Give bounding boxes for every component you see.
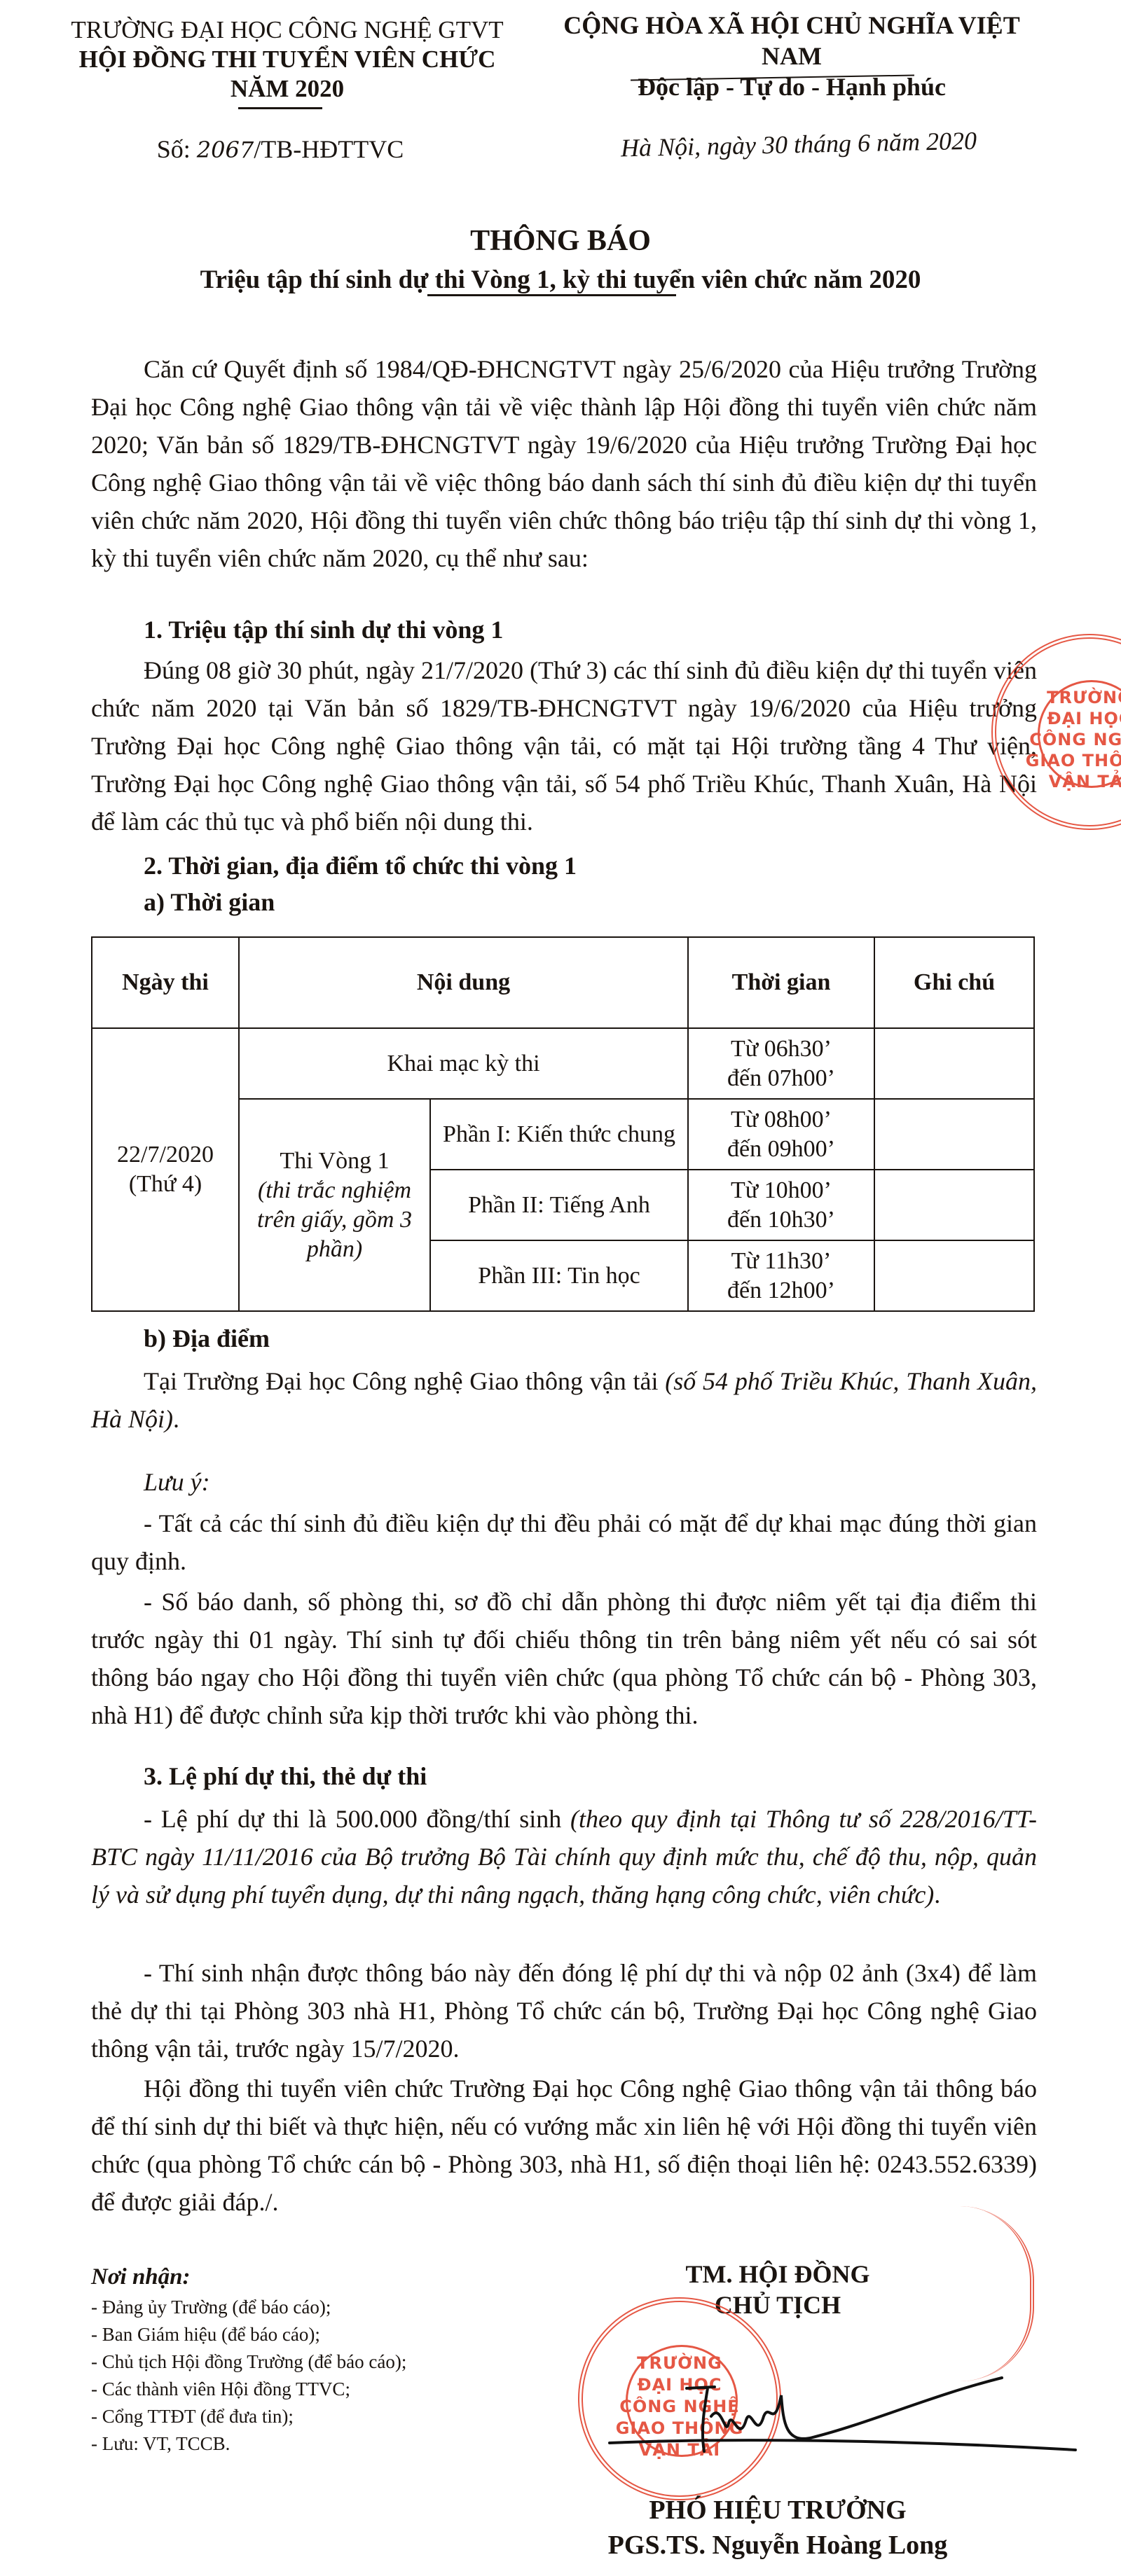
signer-position: PHÓ HIỆU TRƯỞNG — [582, 2495, 974, 2526]
opening-time: Từ 06h30’ đến 07h00’ — [688, 1028, 874, 1099]
issuer-year: NĂM 2020 — [63, 74, 511, 104]
section2-heading: 2. Thời gian, địa điểm tổ chức thi vòng … — [144, 851, 577, 880]
section1-body: Đúng 08 giờ 30 phút, ngày 21/7/2020 (Thứ… — [91, 651, 1037, 840]
recipient-item: - Lưu: VT, TCCB. — [91, 2430, 406, 2458]
document-subtitle: Triệu tập thí sinh dự thi Vòng 1, kỳ thi… — [0, 265, 1121, 295]
table-header-row: Ngày thi Nội dung Thời gian Ghi chú — [92, 937, 1034, 1028]
col-date: Ngày thi — [92, 937, 239, 1028]
intro-paragraph: Căn cứ Quyết định số 1984/QĐ-ĐHCNGTVT ng… — [91, 350, 1037, 577]
round-cell: Thi Vòng 1 (thi trắc nghiệm trên giấy, g… — [239, 1099, 430, 1311]
document-number: Số: 2067/TB-HĐTTVC — [49, 134, 511, 164]
recipients-list: Nơi nhận: - Đảng ủy Trường (để báo cáo);… — [91, 2264, 406, 2458]
date-month: 6 — [858, 129, 871, 157]
issuer-underline — [238, 107, 322, 109]
fee-paragraph: - Lệ phí dự thi là 500.000 đồng/thí sinh… — [91, 1800, 1037, 1913]
recipient-item: - Ban Giám hiệu (để báo cáo); — [91, 2321, 406, 2348]
nation-block: CỘNG HÒA XÃ HỘI CHỦ NGHĨA VIỆT NAM Độc l… — [539, 10, 1044, 102]
subtitle-underline — [427, 294, 676, 296]
document-title: THÔNG BÁO — [0, 224, 1121, 258]
opening-note — [874, 1028, 1034, 1099]
part2-note — [874, 1170, 1034, 1240]
section2a-heading: a) Thời gian — [144, 887, 275, 917]
col-note: Ghi chú — [874, 937, 1034, 1028]
opening-cell: Khai mạc kỳ thi — [239, 1028, 688, 1099]
part3-time: Từ 11h30’ đến 12h00’ — [688, 1240, 874, 1311]
section1-heading: 1. Triệu tập thí sinh dự thi vòng 1 — [144, 615, 503, 644]
col-content: Nội dung — [239, 937, 688, 1028]
handwritten-number: 2067 — [197, 137, 254, 163]
nation-name: CỘNG HÒA XÃ HỘI CHỦ NGHĨA VIỆT NAM — [539, 10, 1044, 71]
part1-time: Từ 08h00’ đến 09h00’ — [688, 1099, 874, 1170]
date-day: 30 — [762, 130, 788, 159]
recipient-item: - Đảng ủy Trường (để báo cáo); — [91, 2294, 406, 2321]
col-time: Thời gian — [688, 937, 874, 1028]
recipient-item: - Chủ tịch Hội đồng Trường (để báo cáo); — [91, 2348, 406, 2376]
location-paragraph: Tại Trường Đại học Công nghệ Giao thông … — [91, 1362, 1037, 1438]
section2b-heading: b) Địa điểm — [144, 1324, 270, 1353]
part2-time: Từ 10h00’ đến 10h30’ — [688, 1170, 874, 1240]
exam-date-cell: 22/7/2020 (Thứ 4) — [92, 1028, 239, 1311]
part1-name: Phần I: Kiến thức chung — [430, 1099, 688, 1170]
exam-schedule-table: Ngày thi Nội dung Thời gian Ghi chú 22/7… — [91, 936, 1035, 1312]
table-row: 22/7/2020 (Thứ 4) Khai mạc kỳ thi Từ 06h… — [92, 1028, 1034, 1099]
recipient-item: - Cổng TTĐT (để đưa tin); — [91, 2403, 406, 2430]
note-label: Lưu ý: — [144, 1467, 210, 1497]
recipient-item: - Các thành viên Hội đồng TTVC; — [91, 2376, 406, 2403]
recipients-heading: Nơi nhận: — [91, 2264, 406, 2291]
signer-name: PGS.TS. Nguyễn Hoàng Long — [582, 2530, 974, 2561]
part1-note — [874, 1099, 1034, 1170]
section3-heading: 3. Lệ phí dự thi, thẻ dự thi — [144, 1761, 427, 1791]
part2-name: Phần II: Tiếng Anh — [430, 1170, 688, 1240]
issuer-block: TRƯỜNG ĐẠI HỌC CÔNG NGHỆ GTVT HỘI ĐỒNG T… — [63, 15, 511, 104]
closing-paragraph: Hội đồng thi tuyển viên chức Trường Đại … — [91, 2070, 1037, 2221]
partial-seal-icon — [960, 2206, 1034, 2381]
issuer-council: HỘI ĐỒNG THI TUYỂN VIÊN CHỨC — [63, 45, 511, 74]
photo-paragraph: - Thí sinh nhận được thông báo này đến đ… — [91, 1954, 1037, 2068]
note1: - Tất cả các thí sinh đủ điều kiện dự th… — [91, 1504, 1037, 1580]
note2: - Số báo danh, số phòng thi, sơ đồ chỉ d… — [91, 1583, 1037, 1734]
document-date: Hà Nội, ngày 30 tháng 6 năm 2020 — [546, 124, 1052, 164]
signature-icon — [603, 2367, 1079, 2465]
part3-name: Phần III: Tin học — [430, 1240, 688, 1311]
part3-note — [874, 1240, 1034, 1311]
issuer-school: TRƯỜNG ĐẠI HỌC CÔNG NGHỆ GTVT — [63, 15, 511, 45]
